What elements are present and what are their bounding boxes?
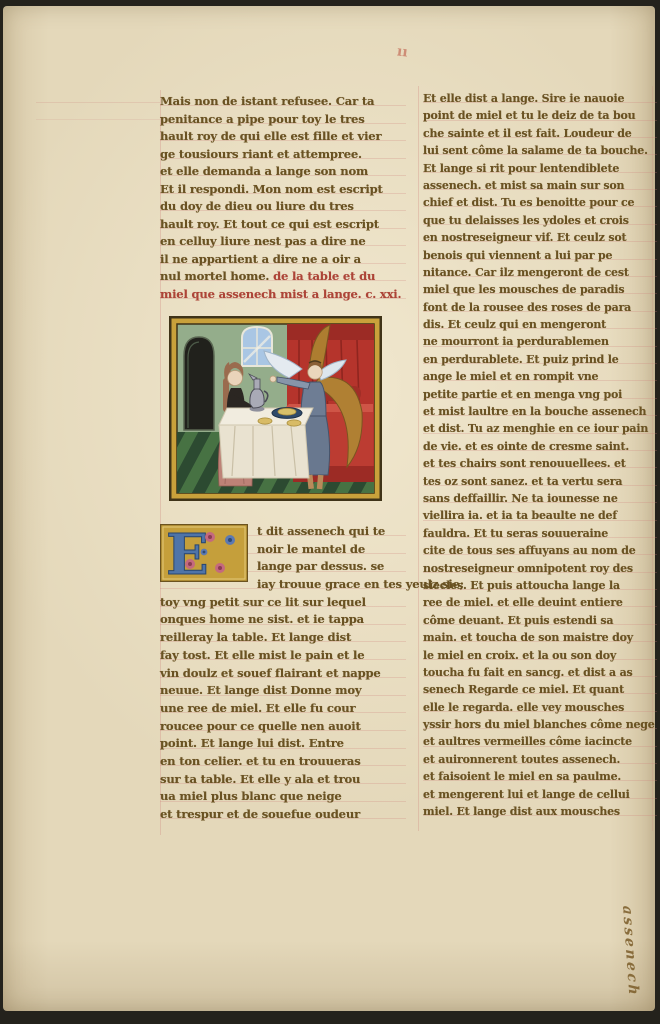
text-line: du doy de dieu ou liure du tres xyxy=(160,198,406,216)
body-text: dis. Et ceulz qui en mengeront xyxy=(423,318,606,331)
text-line: neuue. Et lange dist Donne moy xyxy=(160,682,406,700)
text-line: yssir hors du miel blanches côme nege xyxy=(423,716,657,733)
illuminated-initial-svg: E xyxy=(160,524,248,582)
body-text: benois qui viennent a lui par pe xyxy=(423,249,612,262)
body-text: nostreseigneur omnipotent roy des xyxy=(423,562,633,575)
body-text: le miel en croix. et la ou son doy xyxy=(423,649,616,662)
body-text: hault roy. Et tout ce qui est escript xyxy=(160,217,379,231)
body-text: sur ta table. Et elle y ala et trou xyxy=(160,772,360,786)
body-text: nul mortel home. xyxy=(160,269,273,283)
text-line: font de la rousee des roses de para xyxy=(423,299,657,316)
text-line: ree de miel. et elle deuint entiere xyxy=(423,594,657,611)
text-line: toucha fu fait en sancg. et dist a as xyxy=(423,664,657,681)
body-text: main. et toucha de son maistre doy xyxy=(423,631,633,644)
body-text: en perdurablete. Et puiz prind le xyxy=(423,353,619,366)
body-text: toy vng petit sur ce lit sur lequel xyxy=(160,595,366,609)
ruling-horizontal-margin-2 xyxy=(36,119,160,120)
body-text: assenech. et mist sa main sur son xyxy=(423,179,624,192)
text-line: de vie. et es ointe de cresme saint. xyxy=(423,438,657,455)
body-text: Et il respondi. Mon nom est escript xyxy=(160,182,383,196)
body-text: petite partie et en menga vng poi xyxy=(423,388,622,401)
text-line: hault roy de qui elle est fille et vier xyxy=(160,128,406,146)
body-text: font de la rousee des roses de para xyxy=(423,301,631,314)
body-text: noir le mantel de xyxy=(257,542,365,556)
text-line: en nostreseigneur vif. Et ceulz sot xyxy=(423,229,657,246)
right-column: Et elle dist a lange. Sire ie nauoiepoin… xyxy=(423,90,657,820)
body-text: ua miel plus blanc que neige xyxy=(160,789,342,803)
left-column-block2: E t dit assenech qui tenoir le mantel de… xyxy=(160,523,406,824)
text-line: nul mortel home. de la table et du xyxy=(160,268,406,286)
body-text: que tu delaisses les ydoles et crois xyxy=(423,214,629,227)
body-text: du doy de dieu ou liure du tres xyxy=(160,199,354,213)
text-line: sans deffaillir. Ne ta iounesse ne xyxy=(423,490,657,507)
text-line: en perdurablete. Et puiz prind le xyxy=(423,351,657,368)
body-text: ge tousiours riant et attempree. xyxy=(160,147,362,161)
body-text: fauldra. Et tu seras souueraine xyxy=(423,527,608,540)
body-text: et auironnerent toutes assenech. xyxy=(423,753,620,766)
text-line: Mais non de istant refusee. Car ta xyxy=(160,93,406,111)
parchment-page: ıı Mais non de istant refusee. Car tapen… xyxy=(3,6,655,1011)
body-text: ange le miel et en rompit vne xyxy=(423,370,598,383)
text-line: Et il respondi. Mon nom est escript xyxy=(160,181,406,199)
body-text: vin doulz et souef flairant et nappe xyxy=(160,666,381,680)
body-text: ne mourront ia perdurablemen xyxy=(423,335,609,348)
body-text: en celluy liure nest pas a dire ne xyxy=(160,234,366,248)
text-line: et faisoient le miel en sa paulme. xyxy=(423,768,657,785)
text-line: point de miel et tu le deiz de ta bou xyxy=(423,107,657,124)
body-text: nitance. Car ilz mengeront de cest xyxy=(423,266,629,279)
text-line: ua miel plus blanc que neige xyxy=(160,788,406,806)
text-line: che sainte et il est fait. Loudeur de xyxy=(423,125,657,142)
illuminated-initial: E xyxy=(160,524,248,582)
text-line: une ree de miel. Et elle fu cour xyxy=(160,700,406,718)
text-line: hault roy. Et tout ce qui est escript xyxy=(160,216,406,234)
text-line: Et elle dist a lange. Sire ie nauoie xyxy=(423,90,657,107)
text-line: en ton celier. et tu en trouueras xyxy=(160,753,406,771)
body-text: de vie. et es ointe de cresme saint. xyxy=(423,440,629,453)
body-text: fay tost. Et elle mist le pain et le xyxy=(160,648,364,662)
body-text: reilleray la table. Et lange dist xyxy=(160,630,351,644)
body-text: viellira ia. et ia ta beaulte ne def xyxy=(423,509,617,522)
text-line: ne mourront ia perdurablemen xyxy=(423,333,657,350)
body-text: lange par dessus. se xyxy=(257,559,384,573)
rubric-text: miel que assenech mist a lange. c. xxi. xyxy=(160,287,401,301)
text-line: tes oz sont sanez. et ta vertu sera xyxy=(423,473,657,490)
body-text: senech Regarde ce miel. Et quant xyxy=(423,683,624,696)
left-column-block1: Mais non de istant refusee. Car tapenita… xyxy=(160,93,406,303)
body-text: cite de tous ses affuyans au nom de xyxy=(423,544,636,557)
body-text: che sainte et il est fait. Loudeur de xyxy=(423,127,632,140)
text-line: elle le regarda. elle vey mousches xyxy=(423,699,657,716)
body-text: elle le regarda. elle vey mousches xyxy=(423,701,624,714)
text-line: nostreseigneur omnipotent roy des xyxy=(423,560,657,577)
body-text: onques home ne sist. et ie tappa xyxy=(160,612,364,626)
manuscript-photo: ıı Mais non de istant refusee. Car tapen… xyxy=(0,0,660,1024)
body-text: et faisoient le miel en sa paulme. xyxy=(423,770,621,783)
text-line: et dist. Tu az menghie en ce iour pain xyxy=(423,420,657,437)
body-text: neuue. Et lange dist Donne moy xyxy=(160,683,361,697)
body-text: en ton celier. et tu en trouueras xyxy=(160,754,361,768)
body-text: miel que les mousches de paradis xyxy=(423,283,624,296)
text-line: ge tousiours riant et attempree. xyxy=(160,146,406,164)
text-line: onques home ne sist. et ie tappa xyxy=(160,611,406,629)
body-text: siecles. Et puis attoucha lange la xyxy=(423,579,620,592)
body-text: yssir hors du miel blanches côme nege xyxy=(423,718,655,731)
text-line: miel. Et lange dist aux mousches xyxy=(423,803,657,820)
text-line: que tu delaisses les ydoles et crois xyxy=(423,212,657,229)
folio-mark: ıı xyxy=(396,43,409,60)
body-text: point de miel et tu le deiz de ta bou xyxy=(423,109,635,122)
ruling-horizontal-margin-1 xyxy=(36,102,160,103)
text-line: nitance. Car ilz mengeront de cest xyxy=(423,264,657,281)
text-line: main. et toucha de son maistre doy xyxy=(423,629,657,646)
text-line: chief et dist. Tu es benoitte pour ce xyxy=(423,194,657,211)
miniature-svg xyxy=(169,316,382,501)
text-line: senech Regarde ce miel. Et quant xyxy=(423,681,657,698)
text-line: en celluy liure nest pas a dire ne xyxy=(160,233,406,251)
text-line: et aultres vermeilles côme iacincte xyxy=(423,733,657,750)
text-line: fauldra. Et tu seras souueraine xyxy=(423,525,657,542)
text-line: lui sent côme la salame de ta bouche. xyxy=(423,142,657,159)
text-line: reilleray la table. Et lange dist xyxy=(160,629,406,647)
text-line: ange le miel et en rompit vne xyxy=(423,368,657,385)
text-line: point. Et lange lui dist. Entre xyxy=(160,735,406,753)
body-text: Mais non de istant refusee. Car ta xyxy=(160,94,374,108)
body-text: une ree de miel. Et elle fu cour xyxy=(160,701,355,715)
vertical-inscription: assenech xyxy=(619,905,641,997)
text-line: et elle demanda a lange son nom xyxy=(160,163,406,181)
text-line: côme deuant. Et puis estendi sa xyxy=(423,612,657,629)
body-text: Et lange si rit pour lentendiblete xyxy=(423,162,619,175)
body-text: miel. Et lange dist aux mousches xyxy=(423,805,620,818)
body-text: penitance a pipe pour toy le tres xyxy=(160,112,365,126)
body-text: ree de miel. et elle deuint entiere xyxy=(423,596,623,609)
text-line: siecles. Et puis attoucha lange la xyxy=(423,577,657,594)
body-text: t dit assenech qui te xyxy=(257,524,385,538)
body-text: et mist laultre en la bouche assenech xyxy=(423,405,646,418)
body-text: et elle demanda a lange son nom xyxy=(160,164,368,178)
text-line: sur ta table. Et elle y ala et trou xyxy=(160,771,406,789)
body-text: et tes chairs sont renouuellees. et xyxy=(423,457,626,470)
text-line: roucee pour ce quelle nen auoit xyxy=(160,718,406,736)
text-line: et auironnerent toutes assenech. xyxy=(423,751,657,768)
ruling-vertical-center xyxy=(418,86,419,831)
body-text: et aultres vermeilles côme iacincte xyxy=(423,735,632,748)
text-line: et mengerent lui et lange de cellui xyxy=(423,786,657,803)
body-text: point. Et lange lui dist. Entre xyxy=(160,736,344,750)
text-line: cite de tous ses affuyans au nom de xyxy=(423,542,657,559)
body-text: sans deffaillir. Ne ta iounesse ne xyxy=(423,492,618,505)
text-line: benois qui viennent a lui par pe xyxy=(423,247,657,264)
body-text: tes oz sont sanez. et ta vertu sera xyxy=(423,475,622,488)
body-text: et dist. Tu az menghie en ce iour pain xyxy=(423,422,648,435)
text-line: viellira ia. et ia ta beaulte ne def xyxy=(423,507,657,524)
body-text: toucha fu fait en sancg. et dist a as xyxy=(423,666,633,679)
text-line: et mist laultre en la bouche assenech xyxy=(423,403,657,420)
text-line: miel que les mousches de paradis xyxy=(423,281,657,298)
body-text: il ne appartient a dire ne a oir a xyxy=(160,252,361,266)
text-line: fay tost. Et elle mist le pain et le xyxy=(160,647,406,665)
text-line: il ne appartient a dire ne a oir a xyxy=(160,251,406,269)
body-text: hault roy de qui elle est fille et vier xyxy=(160,129,381,143)
body-text: Et elle dist a lange. Sire ie nauoie xyxy=(423,92,624,105)
text-line: Et lange si rit pour lentendiblete xyxy=(423,160,657,177)
rubric-text: de la table et du xyxy=(273,269,375,283)
text-line: assenech. et mist sa main sur son xyxy=(423,177,657,194)
text-line: et trespur et de souefue oudeur xyxy=(160,806,406,824)
body-text: côme deuant. Et puis estendi sa xyxy=(423,614,613,627)
doorway xyxy=(184,337,214,430)
text-line: petite partie et en menga vng poi xyxy=(423,386,657,403)
text-line: vin doulz et souef flairant et nappe xyxy=(160,665,406,683)
body-text: en nostreseigneur vif. Et ceulz sot xyxy=(423,231,626,244)
text-line: miel que assenech mist a lange. c. xxi. xyxy=(160,286,406,304)
text-line: dis. Et ceulz qui en mengeront xyxy=(423,316,657,333)
miniature-illustration xyxy=(169,316,382,501)
text-line: le miel en croix. et la ou son doy xyxy=(423,647,657,664)
body-text: lui sent côme la salame de ta bouche. xyxy=(423,144,648,157)
text-line: toy vng petit sur ce lit sur lequel xyxy=(160,594,406,612)
text-line: et tes chairs sont renouuellees. et xyxy=(423,455,657,472)
text-line: penitance a pipe pour toy le tres xyxy=(160,111,406,129)
body-text: roucee pour ce quelle nen auoit xyxy=(160,719,361,733)
body-text: chief et dist. Tu es benoitte pour ce xyxy=(423,196,634,209)
body-text: et trespur et de souefue oudeur xyxy=(160,807,360,821)
body-text: et mengerent lui et lange de cellui xyxy=(423,788,630,801)
